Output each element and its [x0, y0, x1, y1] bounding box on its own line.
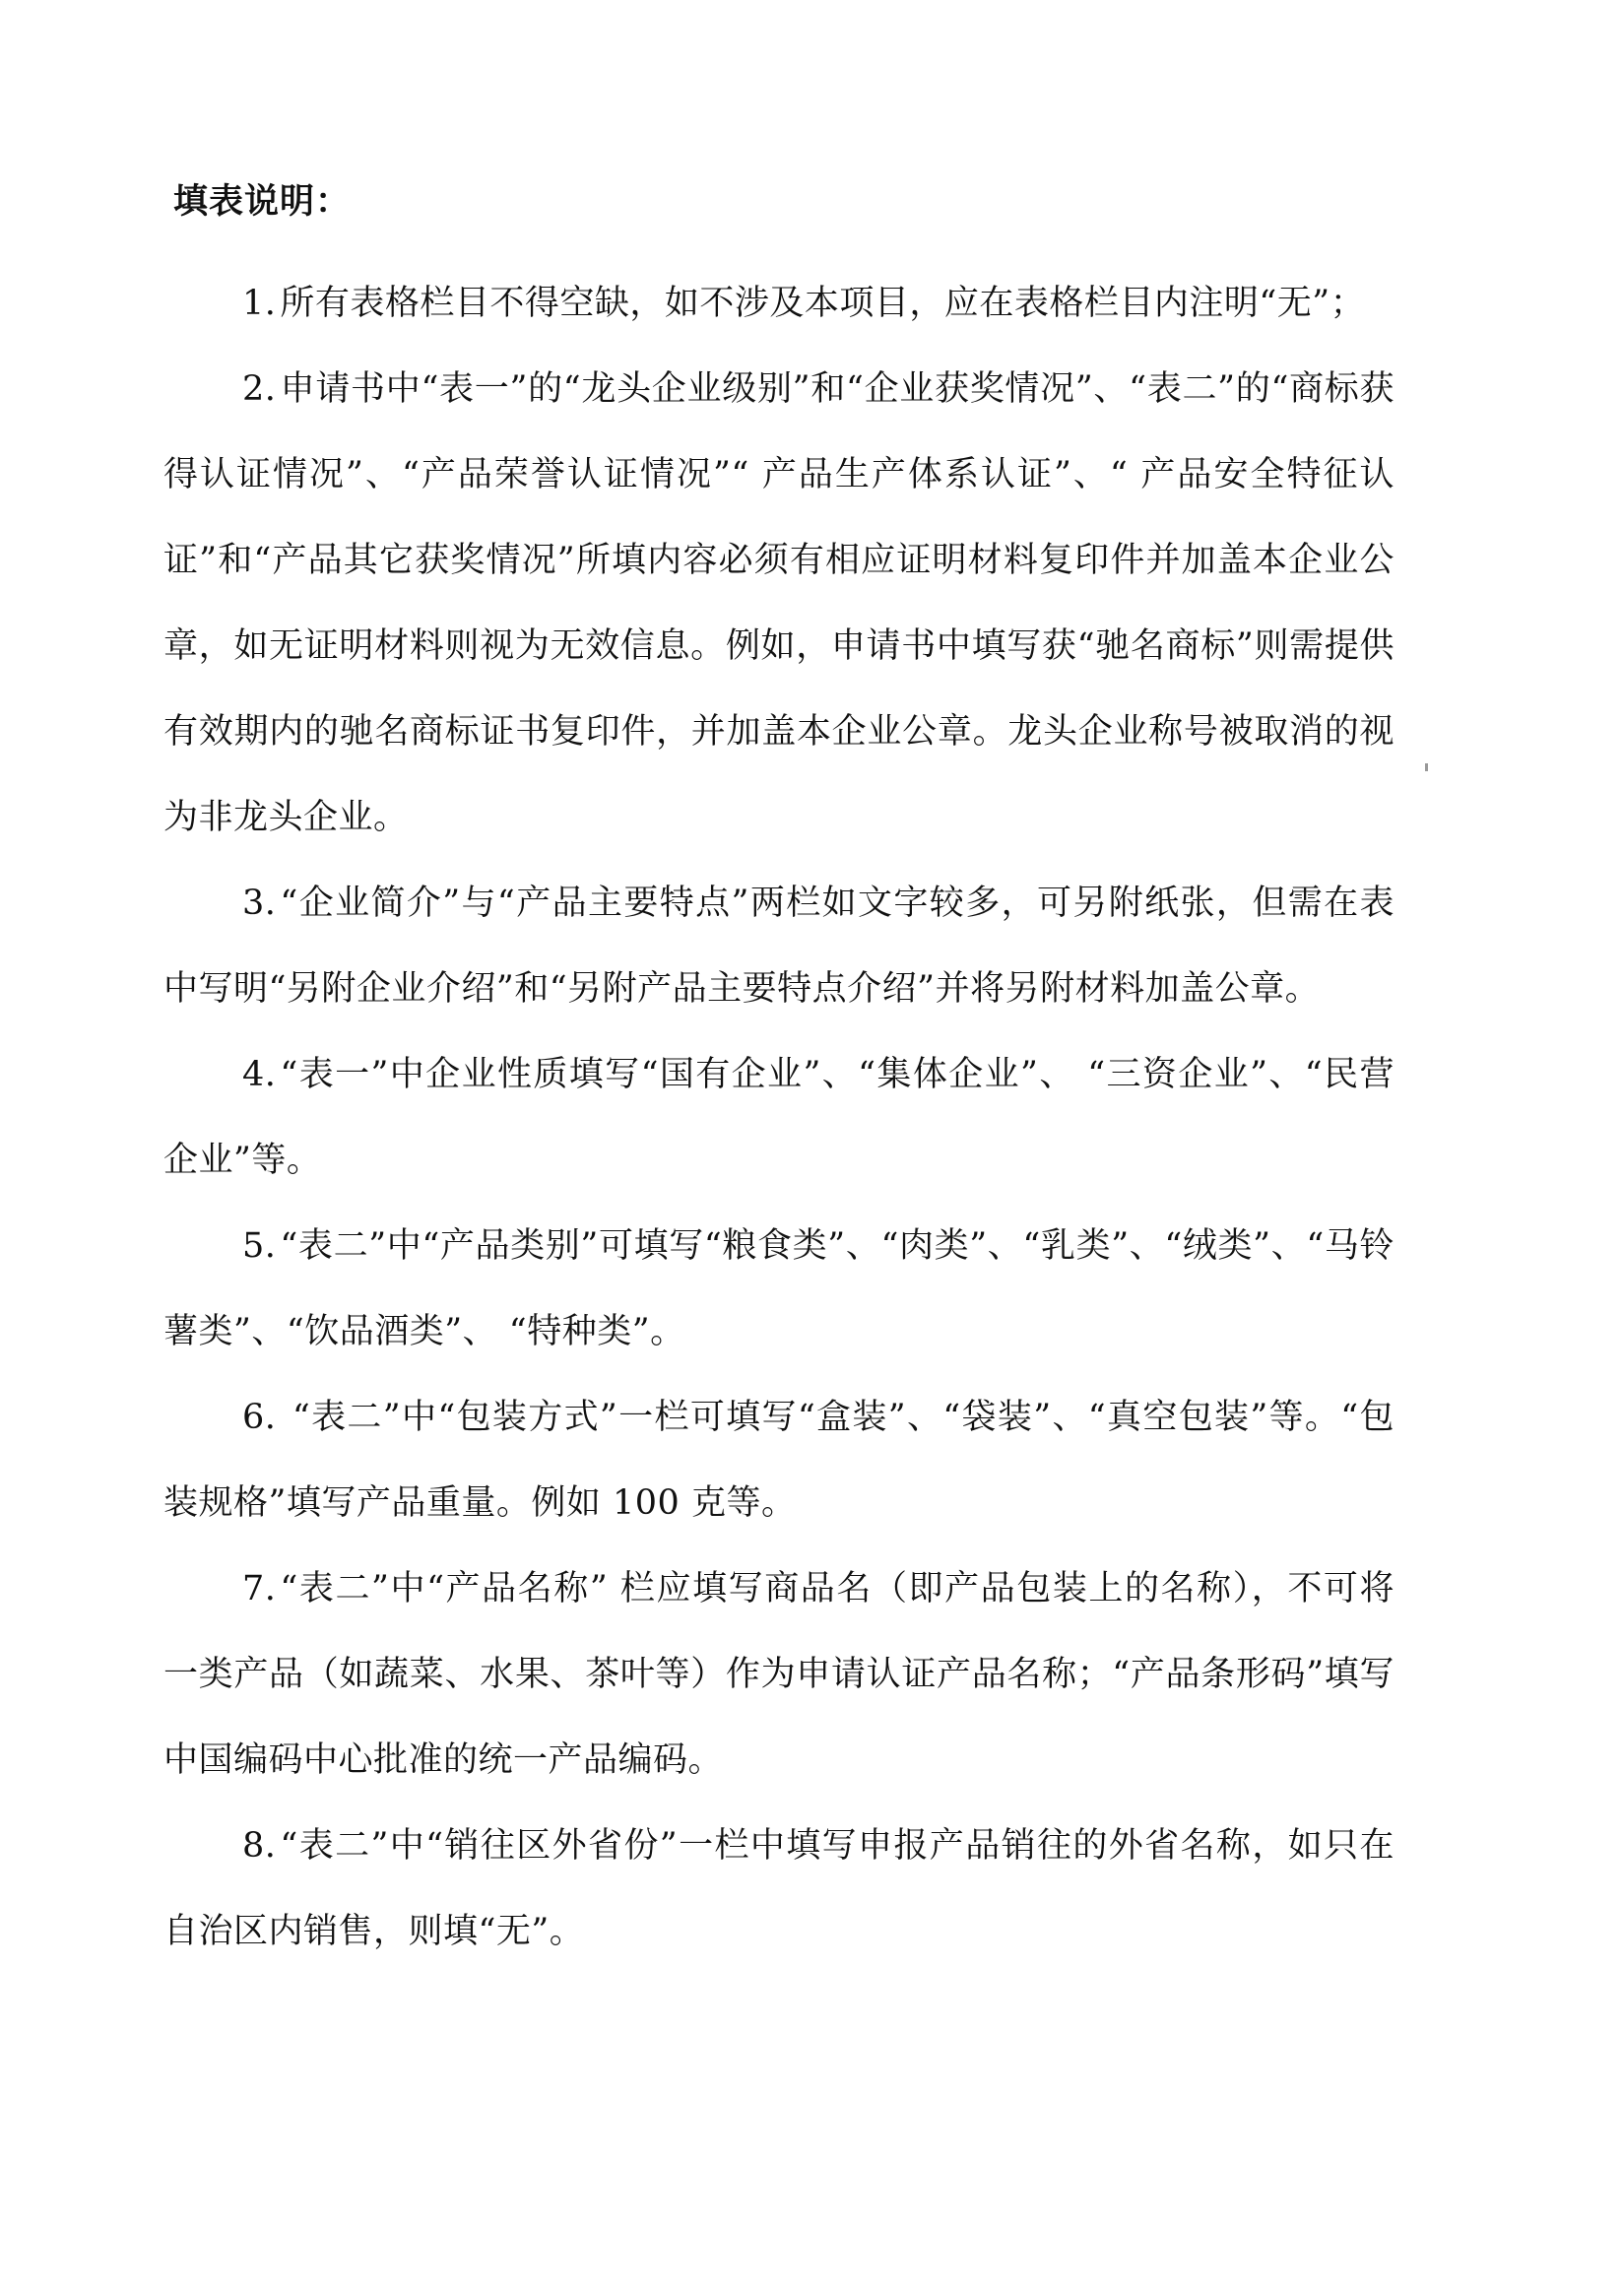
item-number: 2.	[242, 369, 276, 409]
item-text: “表二”中“包装方式”一栏可填写“盒装”、“袋装”、“真空包装”等。“包装规格”…	[163, 1398, 1394, 1523]
item-number: 1.	[242, 284, 276, 323]
item-number: 6.	[242, 1398, 276, 1437]
instruction-item-6: 6. “表二”中“包装方式”一栏可填写“盒装”、“袋装”、“真空包装”等。“包装…	[163, 1375, 1394, 1546]
item-text: “表一”中企业性质填写“国有企业”、“集体企业”、 “三资企业”、“民营企业”等…	[163, 1055, 1394, 1180]
document-page: 填表说明： 1.所有表格栏目不得空缺，如不涉及本项目，应在表格栏目内注明“无”；…	[0, 0, 1621, 2296]
instruction-item-2: 2.申请书中“表一”的“龙头企业级别”和“企业获奖情况”、“表二”的“商标获得认…	[163, 347, 1394, 861]
instructions-list: 1.所有表格栏目不得空缺，如不涉及本项目，应在表格栏目内注明“无”； 2.申请书…	[163, 261, 1394, 1975]
item-number: 8.	[242, 1826, 276, 1866]
item-number: 7.	[242, 1569, 276, 1608]
item-text: 所有表格栏目不得空缺，如不涉及本项目，应在表格栏目内注明“无”；	[280, 284, 1365, 323]
instruction-item-5: 5.“表二”中“产品类别”可填写“粮食类”、“肉类”、“乳类”、“绒类”、“马铃…	[163, 1204, 1394, 1375]
instruction-item-8: 8.“表二”中“销往区外省份”一栏中填写申报产品销往的外省名称，如只在自治区内销…	[163, 1804, 1394, 1975]
instruction-item-1: 1.所有表格栏目不得空缺，如不涉及本项目，应在表格栏目内注明“无”；	[163, 261, 1394, 347]
item-text: 申请书中“表一”的“龙头企业级别”和“企业获奖情况”、“表二”的“商标获得认证情…	[163, 369, 1394, 837]
item-text: “表二”中“销往区外省份”一栏中填写申报产品销往的外省名称，如只在自治区内销售，…	[163, 1826, 1394, 1951]
instruction-item-4: 4.“表一”中企业性质填写“国有企业”、“集体企业”、 “三资企业”、“民营企业…	[163, 1032, 1394, 1204]
item-number: 5.	[242, 1226, 276, 1266]
item-text: “企业简介”与“产品主要特点”两栏如文字较多，可另附纸张，但需在表中写明“另附企…	[163, 884, 1394, 1009]
instruction-item-3: 3.“企业简介”与“产品主要特点”两栏如文字较多，可另附纸张，但需在表中写明“另…	[163, 861, 1394, 1032]
item-number: 4.	[242, 1055, 276, 1094]
item-text: “表二”中“产品名称” 栏应填写商品名（即产品包装上的名称），不可将一类产品（如…	[163, 1569, 1394, 1780]
item-number: 3.	[242, 884, 276, 923]
scan-artifact	[1425, 763, 1428, 771]
instruction-item-7: 7.“表二”中“产品名称” 栏应填写商品名（即产品包装上的名称），不可将一类产品…	[163, 1546, 1394, 1804]
document-title: 填表说明：	[173, 177, 351, 227]
item-text: “表二”中“产品类别”可填写“粮食类”、“肉类”、“乳类”、“绒类”、“马铃薯类…	[163, 1226, 1394, 1351]
